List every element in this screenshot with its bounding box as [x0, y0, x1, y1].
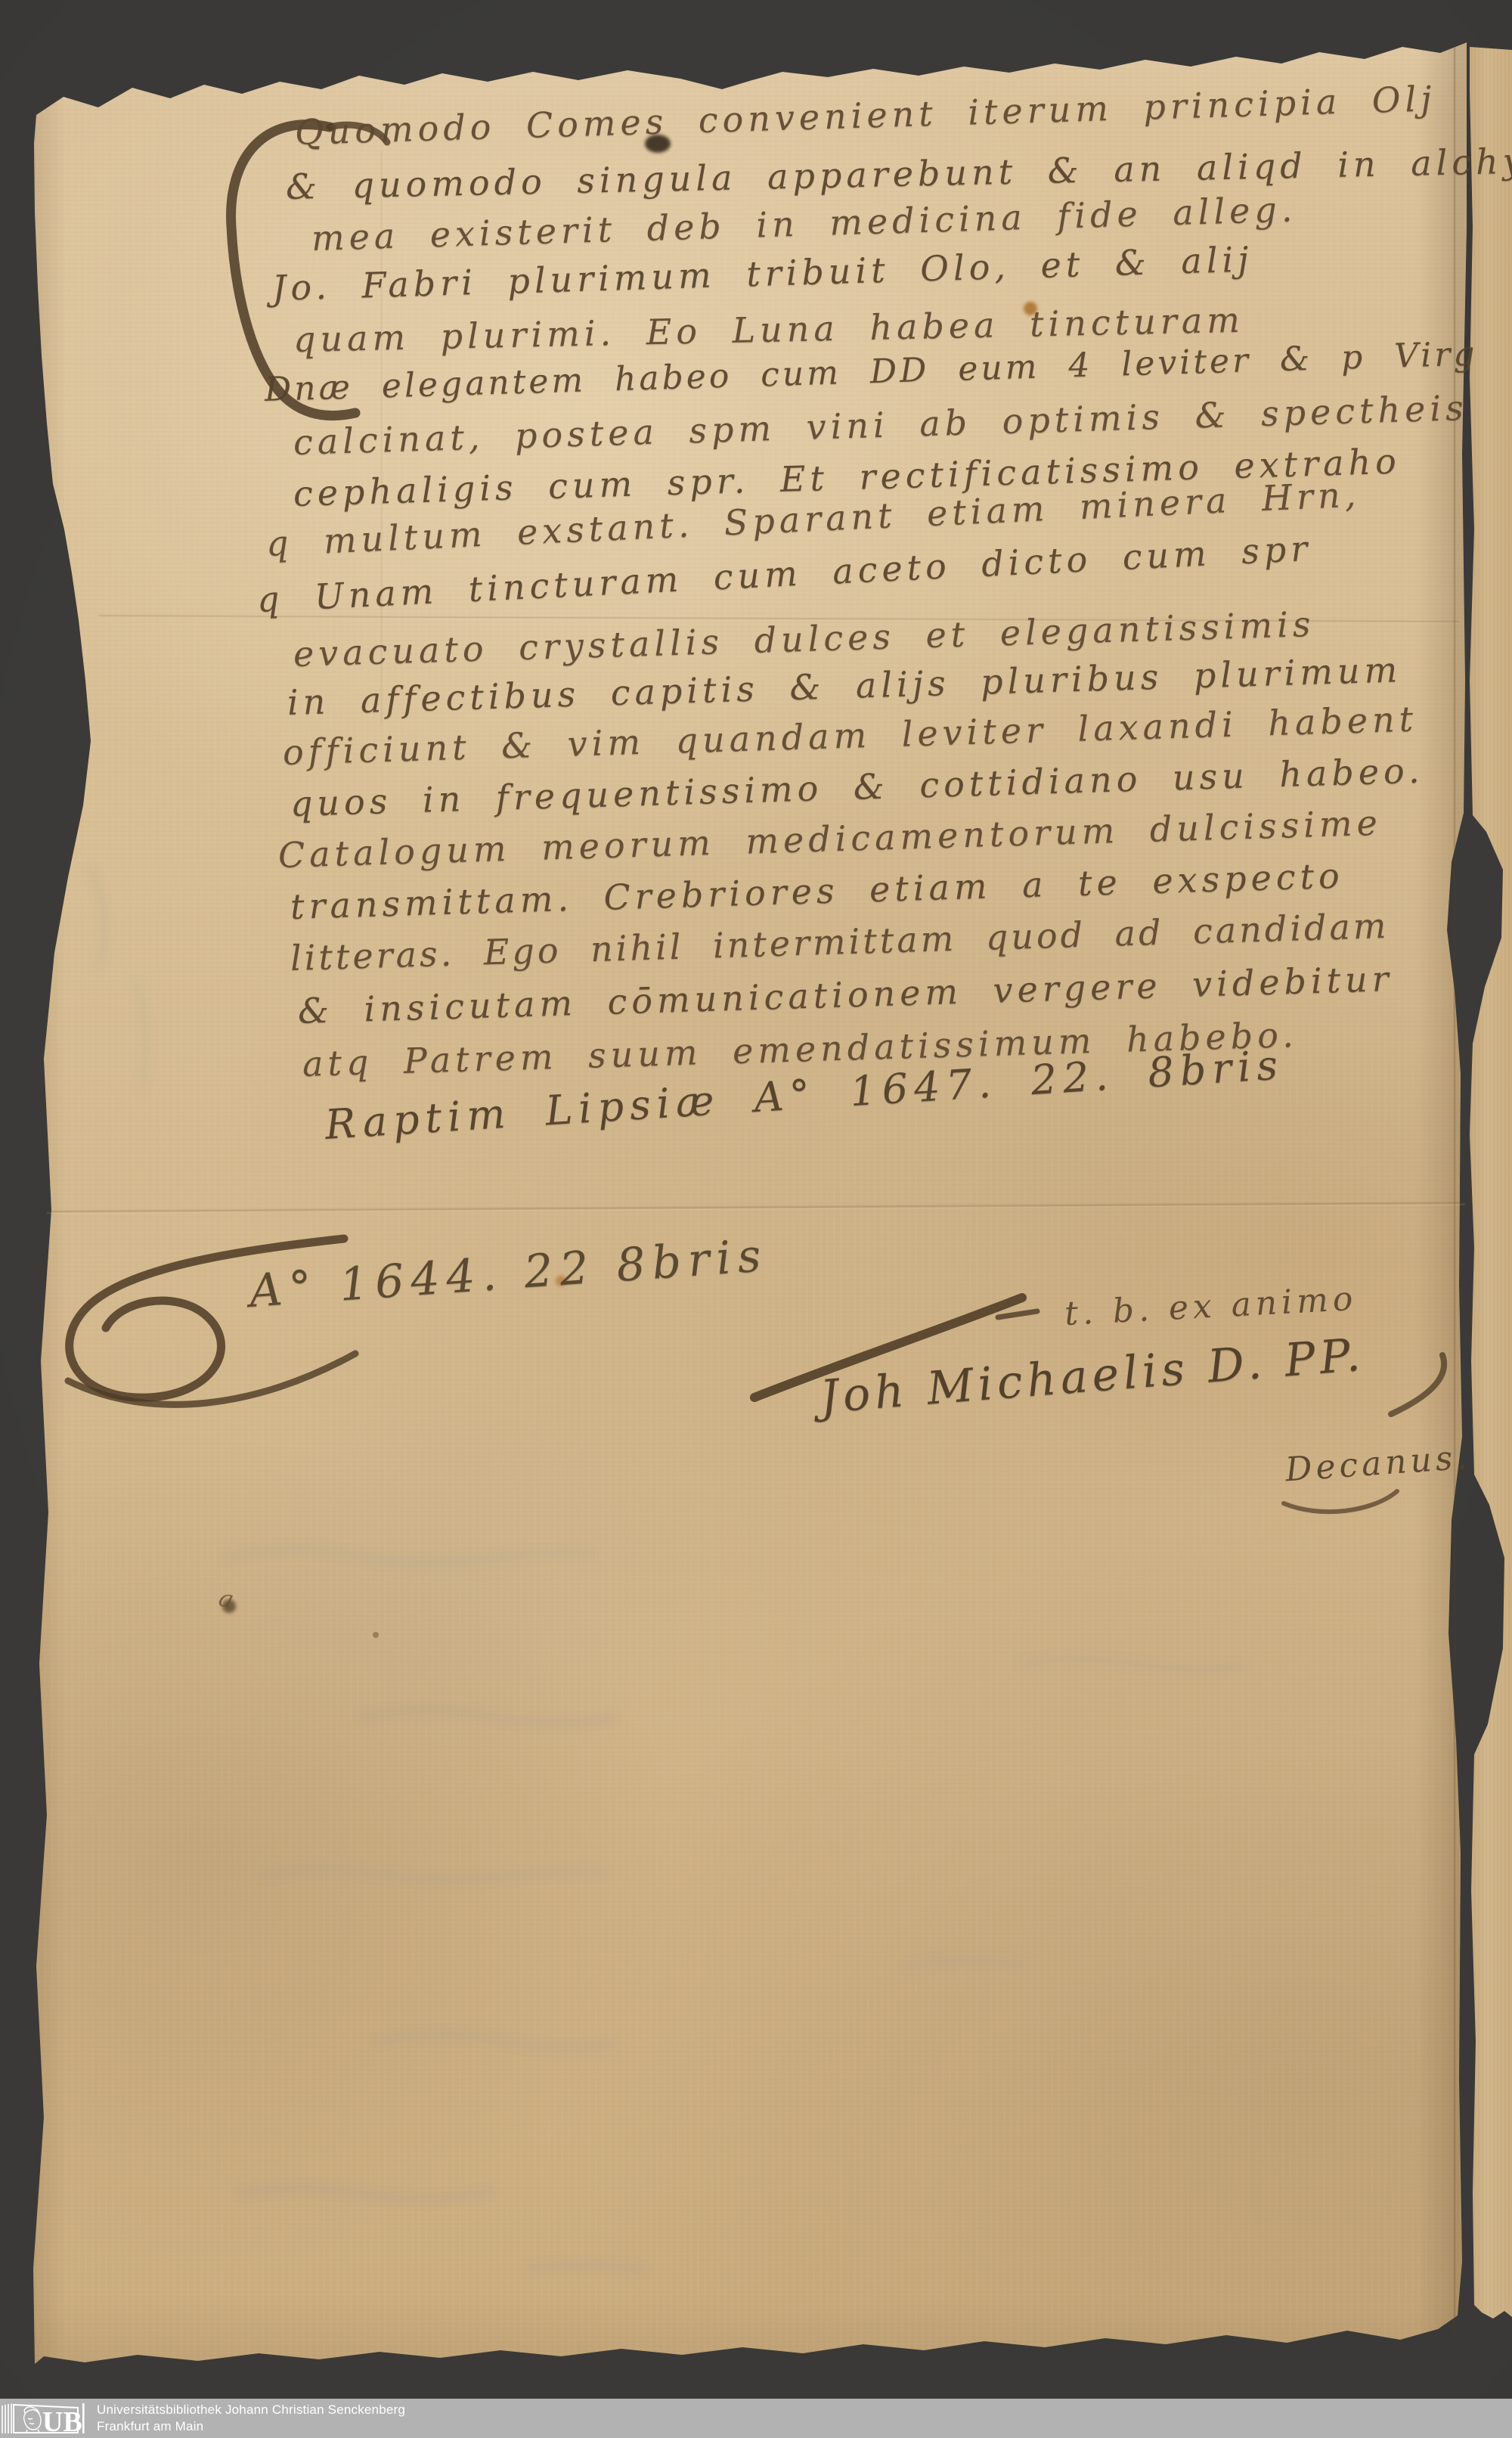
ub-logo: UB: [0, 2399, 89, 2438]
library-location: Frankfurt am Main: [97, 2418, 405, 2435]
handwriting-layer: Quomodo Comes convenient iterum principi…: [0, 0, 1512, 2438]
manuscript-line: Quomodo Comes convenient iterum principi…: [294, 79, 1436, 151]
logo-separator: [82, 2403, 85, 2433]
library-banner: UB Universitätsbibliothek Johann Christi…: [0, 2399, 1512, 2438]
book-fan-icon: [2, 2404, 11, 2434]
library-name: Universitätsbibliothek Johann Christian …: [97, 2402, 405, 2418]
goethe-portrait-icon: [24, 2407, 41, 2433]
logo-text: UB: [42, 2406, 82, 2438]
scan-background: Quomodo Comes convenient iterum principi…: [0, 0, 1512, 2438]
manuscript-line: & quomodo singula apparebunt & an aliqd …: [285, 142, 1512, 206]
